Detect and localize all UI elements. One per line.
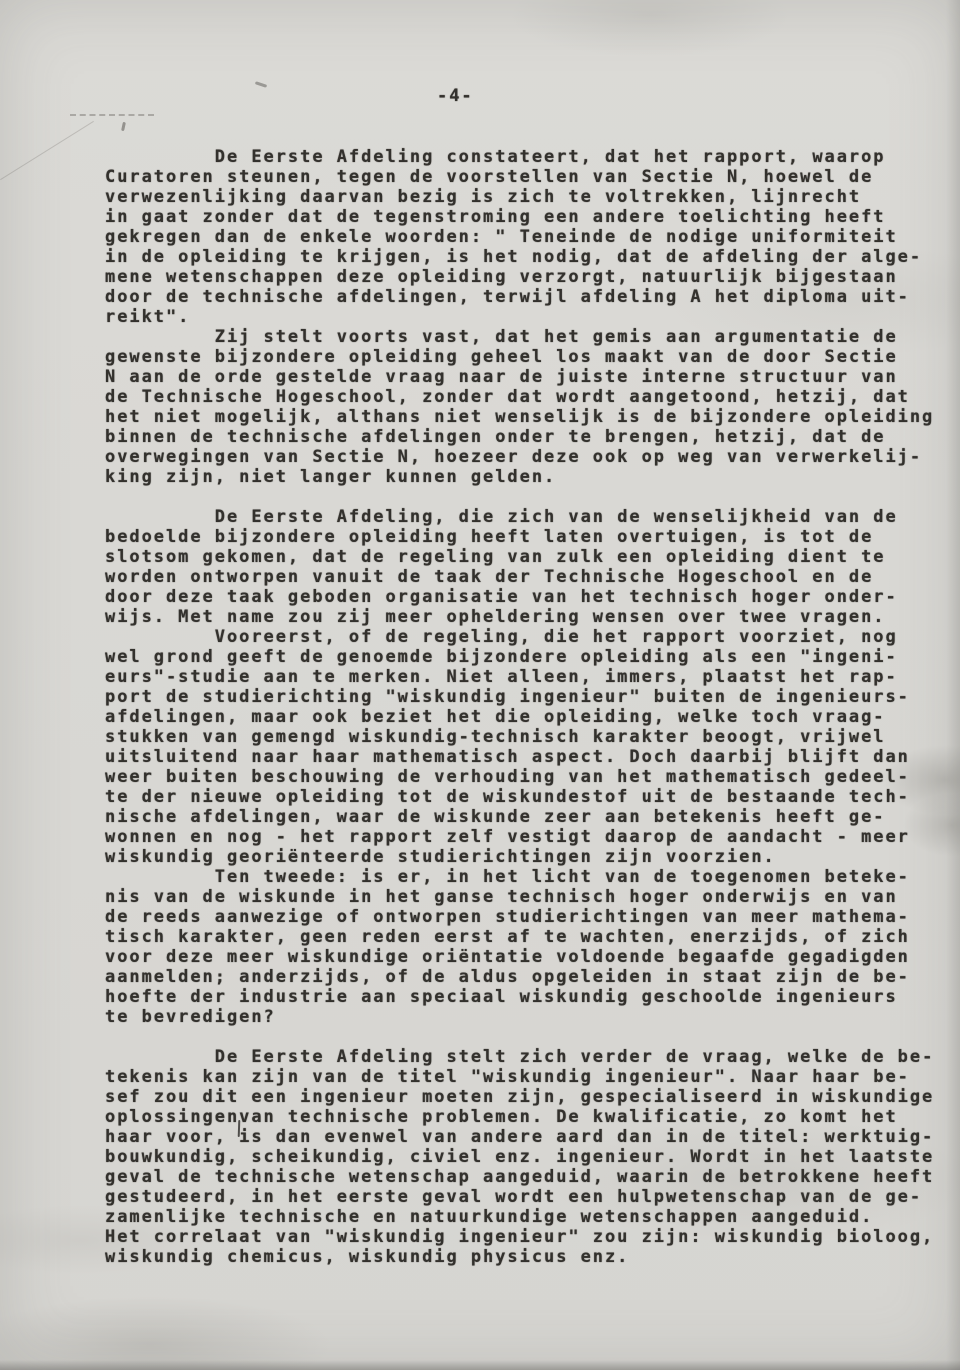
scan-artifact-diagonal-line: [0, 121, 94, 180]
paragraph: De Eerste Afdeling stelt zich verder de …: [105, 1047, 960, 1267]
paragraph: Zij stelt voorts vast, dat het gemis aan…: [105, 327, 960, 487]
scan-artifact-speck: [255, 81, 267, 88]
scanned-document-page: -4- De Eerste Afdeling constateert, dat …: [0, 0, 960, 1370]
page-number: -4-: [437, 86, 474, 106]
paragraph: Vooreerst, of de regeling, die het rappo…: [105, 627, 960, 867]
paragraph: De Eerste Afdeling constateert, dat het …: [105, 147, 960, 327]
scan-edge-shading-bottom: [0, 1360, 960, 1370]
scan-artifact-dashed-line: [70, 114, 154, 116]
paragraph: Ten tweede: is er, in het licht van de t…: [105, 867, 960, 1027]
document-body: De Eerste Afdeling constateert, dat het …: [105, 147, 960, 1267]
paragraph: De Eerste Afdeling, die zich van de wens…: [105, 507, 960, 627]
scan-artifact-speck: [121, 122, 126, 131]
